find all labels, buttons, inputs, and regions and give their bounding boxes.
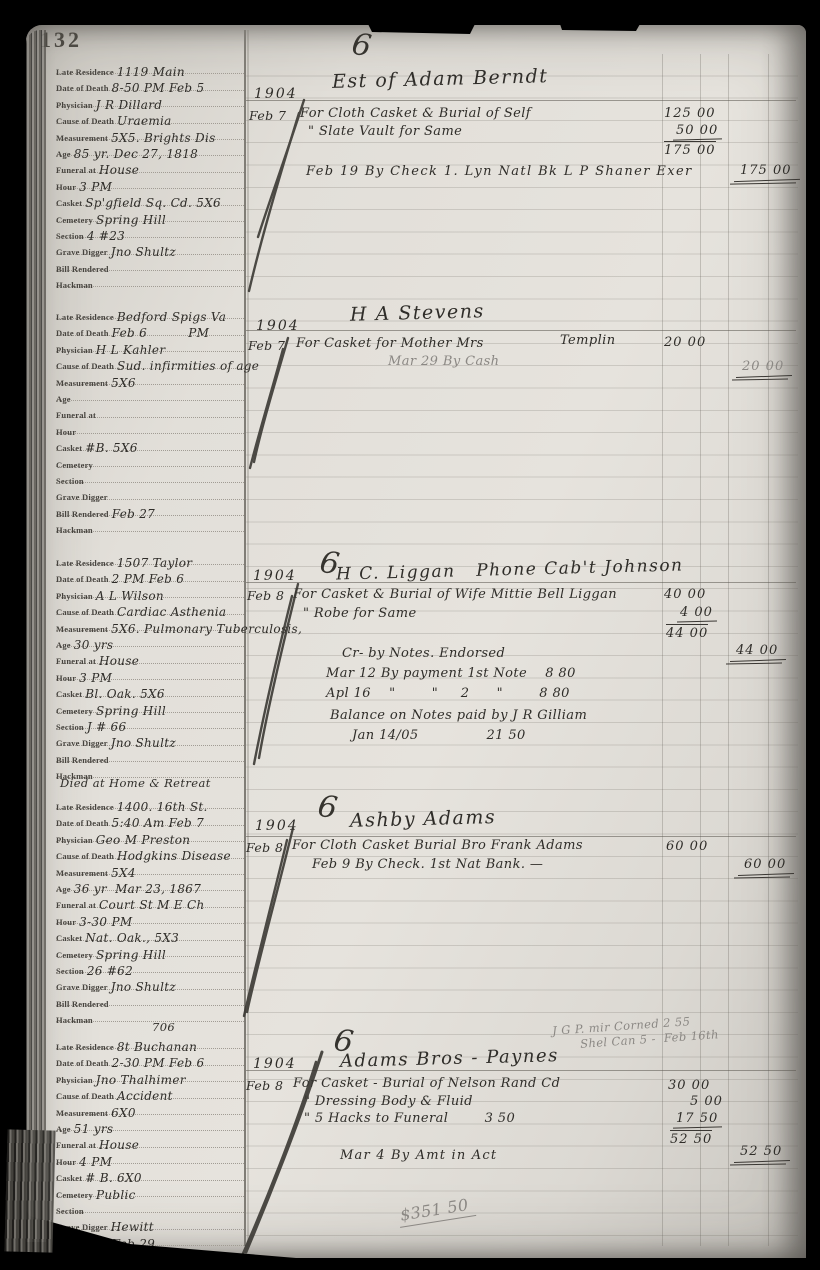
ledger-item-desc: " 5 Hacks to Funeral 3 50: [304, 1111, 515, 1126]
form-row: Funeral atHouse: [56, 156, 244, 172]
book-spine-page-edges: [26, 30, 46, 1242]
form-row: CemeteryPublic: [56, 1181, 244, 1197]
amount-column-line: [700, 54, 701, 1246]
ledger-item-desc: " Robe for Same: [303, 606, 417, 621]
form-label: Hackman: [56, 1011, 93, 1025]
ledger-year: 1904: [256, 318, 300, 334]
form-row: Hackman: [56, 271, 244, 287]
ledger-item-desc: " Slate Vault for Same: [308, 124, 462, 139]
form-row: Late Residence1400. 16th St.: [56, 793, 244, 809]
form-row: Measurement5X6: [56, 369, 244, 385]
entry-separator: [246, 330, 796, 331]
form-row: PhysicianJno Thalhimer: [56, 1066, 244, 1082]
form-row: Date of Death2 PM Feb 6: [56, 565, 244, 581]
form-row: Measurement5X4: [56, 859, 244, 875]
ledger-item-desc: For Casket for Mother Mrs: [296, 336, 484, 351]
form-row: Cause of DeathCardiac Asthenia: [56, 598, 244, 614]
form-row: CemeterySpring Hill: [56, 206, 244, 222]
form-row: Bill RenderedFeb 27: [56, 500, 244, 516]
form-row: Casket# B. 6X0: [56, 1164, 244, 1180]
form-row: Measurement5X5. Brights Dis: [56, 124, 244, 140]
form-row: Casket#B. 5X6: [56, 434, 244, 450]
form-row: Funeral atCourt St M E Ch: [56, 891, 244, 907]
ledger-date: Feb 7: [248, 338, 285, 353]
form-row: Funeral at: [56, 401, 244, 417]
form-row: Bill Rendered: [56, 746, 244, 762]
form-row: Date of DeathFeb 6 PM: [56, 319, 244, 335]
ledger-item-desc: For Cloth Casket Burial Bro Frank Adams: [292, 838, 583, 853]
form-row: Hour: [56, 418, 244, 434]
ledger-item-amount: 17 50: [676, 1111, 718, 1126]
payment-desc: Jan 14/05 21 50: [352, 728, 526, 743]
amount-column-line: [728, 54, 729, 1246]
payment-desc: Feb 19 By Check 1. Lyn Natl Bk L P Shane…: [306, 164, 693, 179]
ledger-item-amount: 4 00: [680, 605, 713, 620]
form-row: Age30 yrs: [56, 631, 244, 647]
form-row: Hackman: [56, 1006, 244, 1022]
form-row: Funeral atHouse: [56, 647, 244, 663]
payment-amount: 60 00: [744, 857, 786, 872]
form-label: Hackman: [56, 276, 93, 290]
house-number-note: 706: [152, 1020, 175, 1034]
ledger-item-amount: 50 00: [676, 123, 718, 138]
form-row: Cause of DeathUraemia: [56, 107, 244, 123]
form-label: Hackman: [56, 1251, 93, 1265]
ledger-item-amount: 60 00: [666, 839, 708, 854]
form-row: SectionJ # 66: [56, 713, 244, 729]
payment-desc: Mar 12 By payment 1st Note 8 80: [326, 666, 576, 681]
payment-amount: 44 00: [736, 643, 778, 658]
form-value: Hughes: [96, 1253, 145, 1267]
payment-amount: 52 50: [740, 1144, 782, 1159]
record3-form: Late Residence1507 Taylor Date of Death2…: [56, 549, 244, 778]
ledger-item-desc: " Dressing Body & Fluid: [304, 1094, 473, 1109]
ledger-date: Feb 7: [249, 108, 286, 123]
payment-desc: Feb 9 By Check. 1st Nat Bank. —: [312, 857, 543, 872]
amount-column-line: [662, 54, 663, 1246]
form-row: Hour3 PM: [56, 173, 244, 189]
ledger-title: Ashby Adams: [350, 806, 497, 832]
form-row: Bill Rendered: [56, 255, 244, 271]
form-row: CasketBl. Oak. 5X6: [56, 680, 244, 696]
form-row: CemeterySpring Hill: [56, 941, 244, 957]
form-row: Age51 yrs: [56, 1115, 244, 1131]
form-row: Grave DiggerJno Shultz: [56, 973, 244, 989]
form-row: Hackman: [56, 516, 244, 532]
form-row: Date of Death5:40 Am Feb 7: [56, 809, 244, 825]
ledger-date: Feb 8: [247, 588, 284, 603]
ledger-total: 44 00: [666, 624, 708, 641]
payment-desc: Cr- by Notes. Endorsed: [342, 646, 505, 661]
ledger-date: Feb 8: [246, 840, 283, 855]
ledger-item-desc: For Casket & Burial of Wife Mittie Bell …: [293, 587, 617, 602]
form-row: CasketSp'gfield Sq. Cd. 5X6: [56, 189, 244, 205]
form-row: PhysicianH L Kahler: [56, 336, 244, 352]
record2-form: Late ResidenceBedford Spigs Va Date of D…: [56, 303, 244, 532]
form-row: Late ResidenceBedford Spigs Va: [56, 303, 244, 319]
payment-desc: Apl 16 " " 2 " 8 80: [326, 686, 570, 701]
ledger-ruled-lines: [246, 54, 798, 1246]
form-row: Measurement5X6. Pulmonary Tuberculosis,: [56, 615, 244, 631]
record5-form: Late Residence8t Buchanan Date of Death2…: [56, 1033, 244, 1262]
form-row: Section: [56, 467, 244, 483]
record1-form: Late Residence1119 Main Date of Death8-5…: [56, 58, 244, 287]
payment-desc: Balance on Notes paid by J R Gilliam: [330, 708, 587, 723]
form-row: Date of Death2-30 PM Feb 6: [56, 1049, 244, 1065]
ledger-item-amount: 20 00: [664, 335, 706, 350]
form-row: CemeterySpring Hill: [56, 697, 244, 713]
form-row: Section4 #23: [56, 222, 244, 238]
entry-separator: [246, 1070, 796, 1071]
ledger-item-amount: 40 00: [664, 587, 706, 602]
entry-separator: [246, 100, 796, 101]
form-row: HackmanHughes: [56, 1246, 244, 1262]
form-row: Cemetery: [56, 451, 244, 467]
form-row: PhysicianA L Wilson: [56, 582, 244, 598]
form-row: Section26 #62: [56, 957, 244, 973]
payment-desc: Mar 4 By Amt in Act: [340, 1148, 497, 1163]
form-row: Funeral atHouse: [56, 1131, 244, 1147]
entry-separator: [246, 836, 796, 837]
form-row: Age36 yr Mar 23, 1867: [56, 875, 244, 891]
form-row: Late Residence1119 Main: [56, 58, 244, 74]
record4-form: Late Residence1400. 16th St. Date of Dea…: [56, 793, 244, 1022]
page-number: 132: [40, 27, 82, 53]
ledger-total: 175 00: [664, 141, 716, 158]
form-row: Grave DiggerJno Shultz: [56, 238, 244, 254]
entry-separator: [246, 582, 796, 583]
form-row: Date of Death8-50 PM Feb 5: [56, 74, 244, 90]
form-row: Age85 yr. Dec 27, 1818: [56, 140, 244, 156]
form-margin-note: Died at Home & Retreat: [60, 776, 211, 790]
ledger-item-amount: 125 00: [664, 106, 716, 121]
form-label: Hackman: [56, 521, 93, 535]
form-row: PhysicianGeo M Preston: [56, 826, 244, 842]
payment-amount: 20 00: [742, 359, 784, 374]
payment-desc: Mar 29 By Cash: [388, 354, 499, 369]
form-row: Measurement6X0: [56, 1099, 244, 1115]
form-row: Section: [56, 1197, 244, 1213]
ledger-item-desc: For Cloth Casket & Burial of Self: [300, 106, 531, 121]
ledger-date: Feb 8: [246, 1078, 283, 1093]
ledger-ref: Templin: [560, 333, 616, 348]
scanned-ledger-photo: { "page": { "number": "132", "grand_tota…: [0, 0, 820, 1270]
ledger-year: 1904: [255, 818, 299, 834]
ledger-item-amount: 30 00: [668, 1078, 710, 1093]
form-ledger-divider: [244, 30, 246, 1246]
form-row: Late Residence8t Buchanan: [56, 1033, 244, 1049]
form-row: Late Residence1507 Taylor: [56, 549, 244, 565]
form-row: Cause of DeathSud. infirmities of age: [56, 352, 244, 368]
form-row: Hour3 PM: [56, 664, 244, 680]
book-spine-page-edges: [4, 1129, 55, 1252]
form-row: Grave Digger: [56, 483, 244, 499]
ledger-item-desc: For Casket - Burial of Nelson Rand Cd: [293, 1076, 560, 1091]
ledger-year: 1904: [253, 1056, 297, 1072]
form-row: Grave DiggerJno Shultz: [56, 729, 244, 745]
form-row: Cause of DeathAccident: [56, 1082, 244, 1098]
ledger-year: 1904: [254, 86, 298, 102]
ledger-title: H A Stevens: [350, 300, 485, 326]
form-row: Bill Rendered: [56, 990, 244, 1006]
form-row: Bill RenderedFeb 29: [56, 1230, 244, 1246]
form-row: CasketNat. Oak., 5X3: [56, 924, 244, 940]
form-row: Grave DiggerHewitt: [56, 1213, 244, 1229]
form-row: Age: [56, 385, 244, 401]
form-row: Hour3-30 PM: [56, 908, 244, 924]
form-row: PhysicianJ R Dillard: [56, 91, 244, 107]
ledger-item-amount: 5 00: [690, 1094, 723, 1109]
payment-amount: 175 00: [740, 163, 792, 178]
form-row: Hour4 PM: [56, 1148, 244, 1164]
ledger-year: 1904: [253, 568, 297, 584]
form-row: Cause of DeathHodgkins Disease: [56, 842, 244, 858]
ledger-total: 52 50: [670, 1130, 712, 1147]
